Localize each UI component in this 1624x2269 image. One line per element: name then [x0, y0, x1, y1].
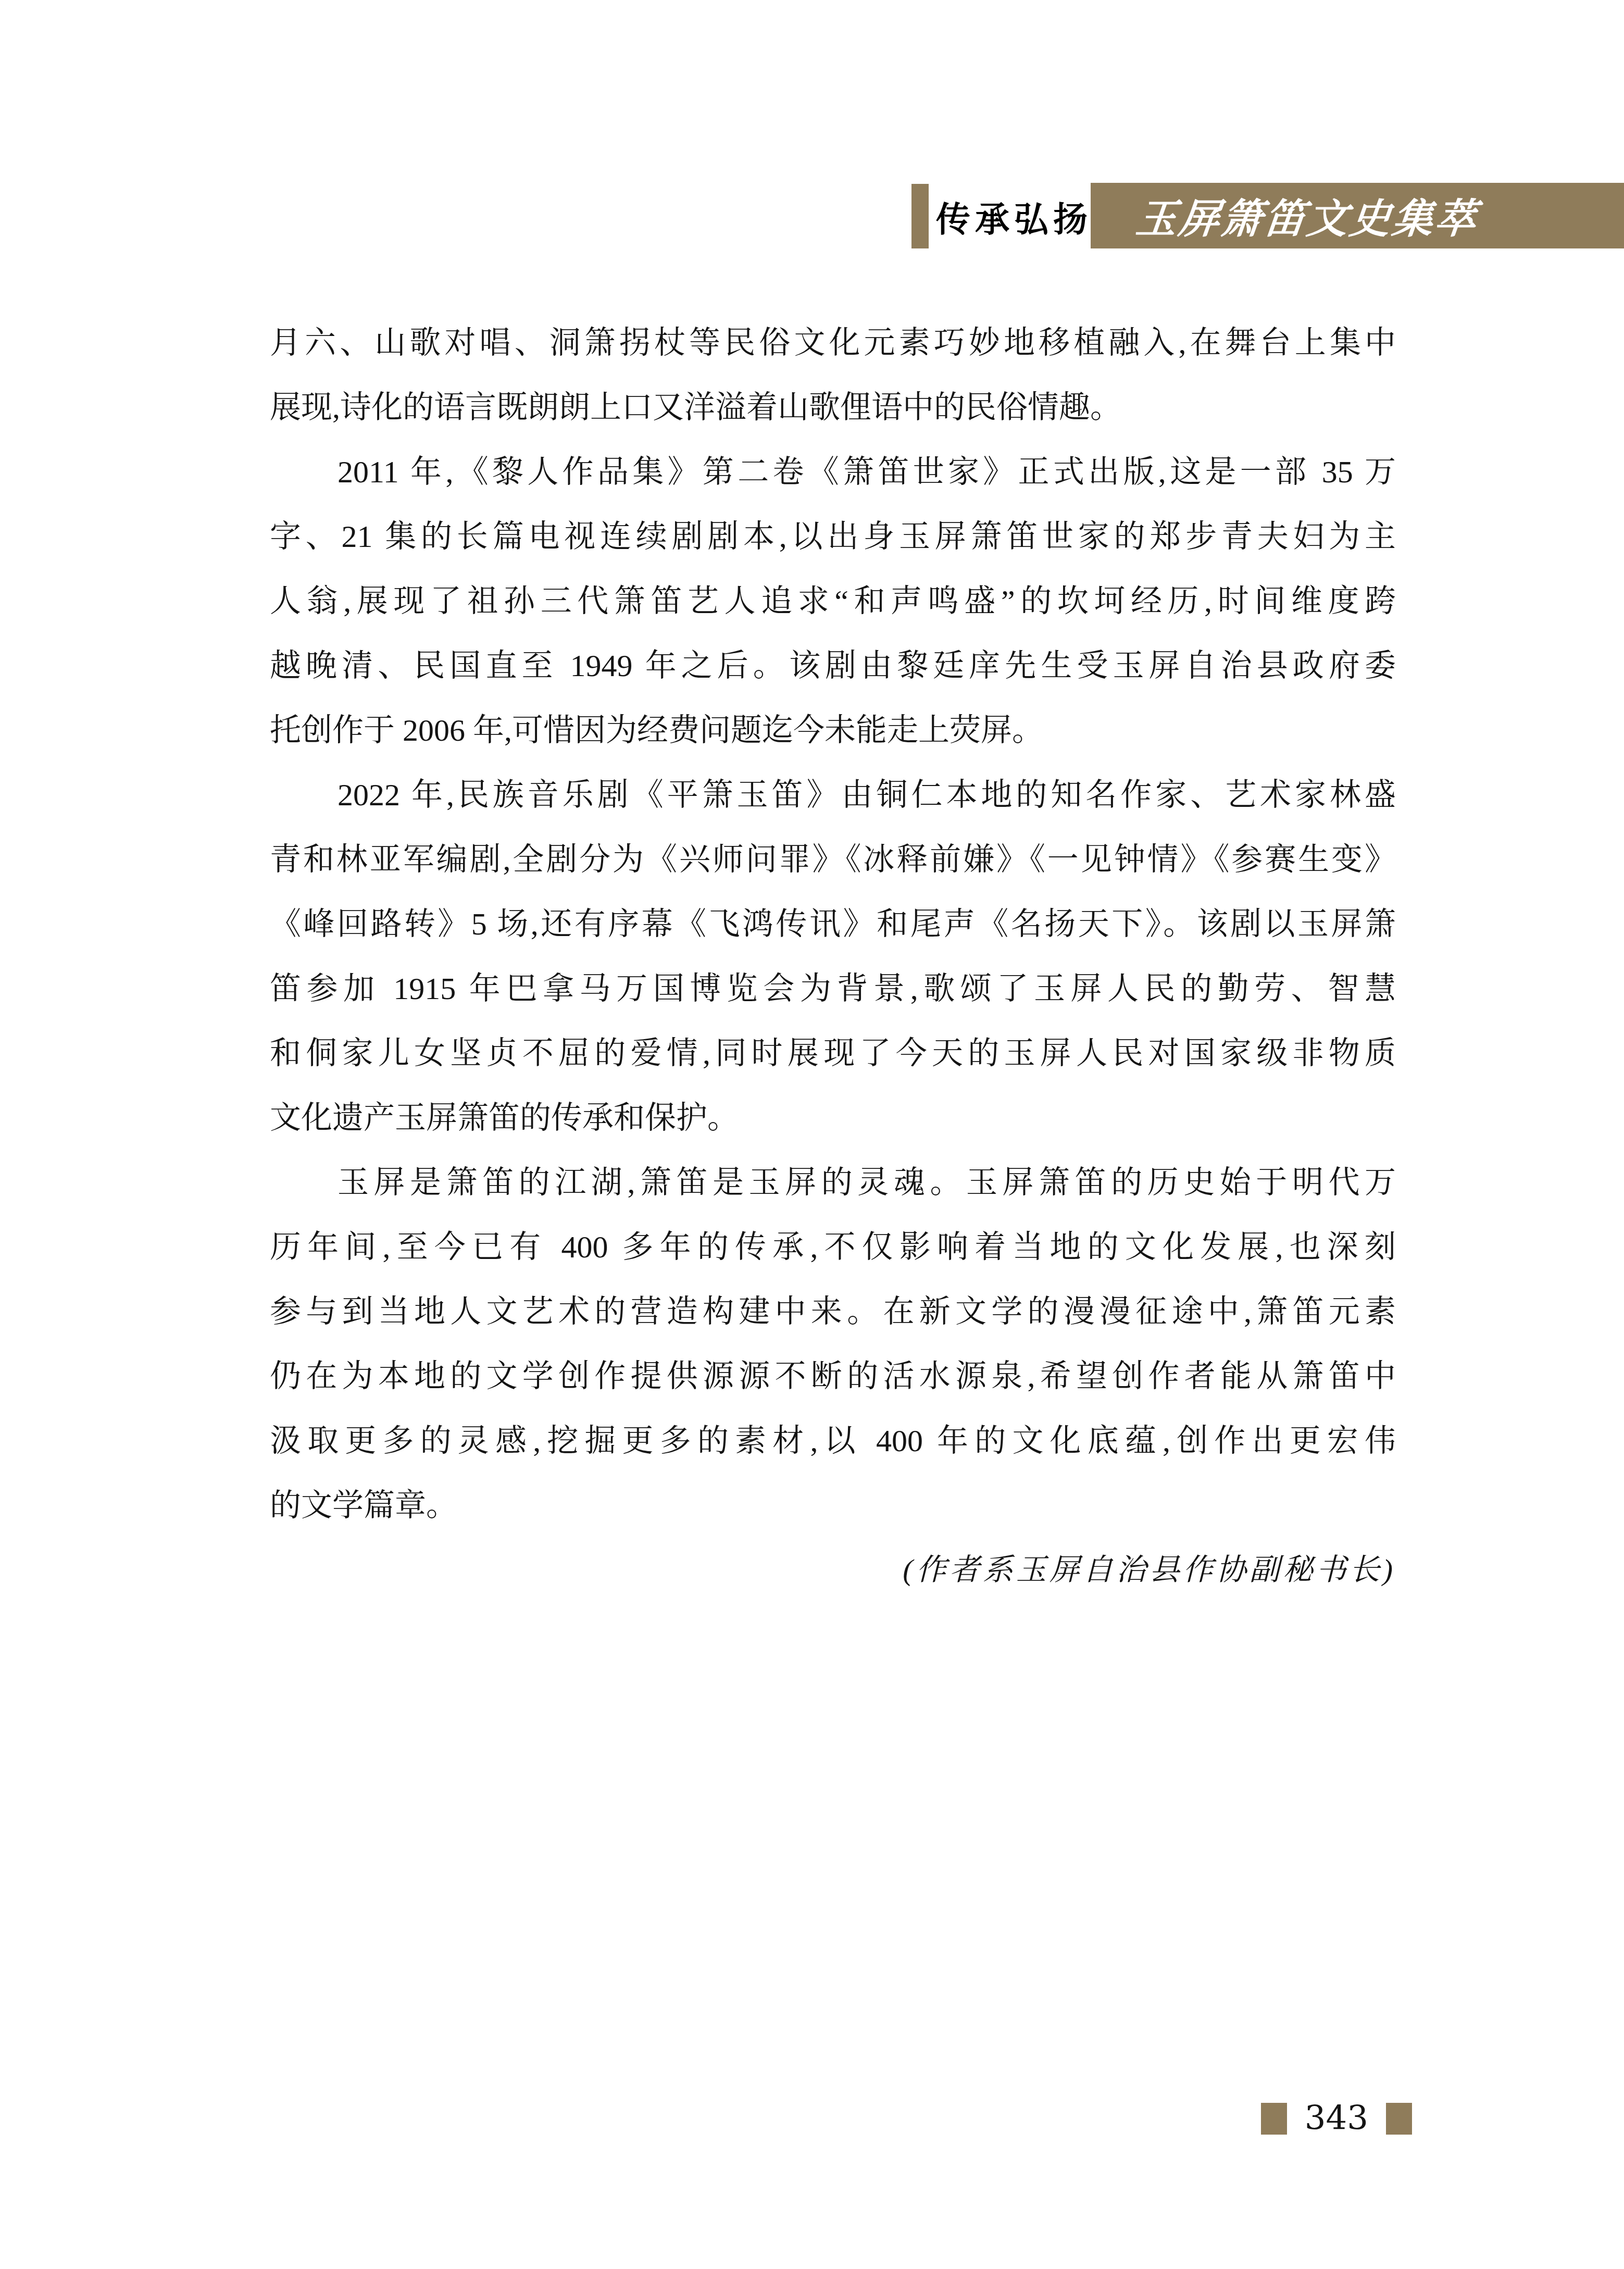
page-footer: 343: [1261, 2103, 1412, 2135]
body-line: 和侗家儿女坚贞不屈的爱情,同时展现了今天的玉屏人民对国家级非物质: [270, 1021, 1396, 1086]
body-line: 笛参加 1915 年巴拿马万国博览会为背景,歌颂了玉屏人民的勤劳、智慧: [270, 956, 1396, 1021]
header-accent-bar: [911, 184, 929, 248]
page-number: 343: [1305, 2103, 1368, 2135]
body-line: 托创作于 2006 年,可惜因为经费问题迄今未能走上荧屏。: [270, 698, 1396, 763]
header-banner-title: 玉屏箫笛文史集萃: [1133, 186, 1481, 245]
book-page: 传承弘扬 玉屏箫笛文史集萃 月六、山歌对唱、洞箫拐杖等民俗文化元素巧妙地移植融入…: [0, 0, 1624, 2269]
body-line: 月六、山歌对唱、洞箫拐杖等民俗文化元素巧妙地移植融入,在舞台上集中: [270, 310, 1396, 375]
author-attribution: (作者系玉屏自治县作协副秘书长): [270, 1538, 1396, 1602]
body-line: 玉屏是箫笛的江湖,箫笛是玉屏的灵魂。玉屏箫笛的历史始于明代万: [270, 1150, 1396, 1215]
body-line: 字、21 集的长篇电视连续剧剧本,以出身玉屏箫笛世家的郑步青夫妇为主: [270, 504, 1396, 569]
folio-marker-left: [1261, 2103, 1287, 2135]
body-lines: 月六、山歌对唱、洞箫拐杖等民俗文化元素巧妙地移植融入,在舞台上集中展现,诗化的语…: [270, 310, 1396, 1538]
body-line: 人翁,展现了祖孙三代箫笛艺人追求“和声鸣盛”的坎坷经历,时间维度跨: [270, 569, 1396, 633]
body-text: 月六、山歌对唱、洞箫拐杖等民俗文化元素巧妙地移植融入,在舞台上集中展现,诗化的语…: [270, 310, 1396, 1602]
header-section-title: 传承弘扬: [936, 184, 1092, 248]
body-line: 历年间,至今已有 400 多年的传承,不仅影响着当地的文化发展,也深刻: [270, 1215, 1396, 1279]
body-line: 越晚清、民国直至 1949 年之后。该剧由黎廷庠先生受玉屏自治县政府委: [270, 633, 1396, 698]
body-line: 参与到当地人文艺术的营造构建中来。在新文学的漫漫征途中,箫笛元素: [270, 1279, 1396, 1344]
body-line: 仍在为本地的文学创作提供源源不断的活水源泉,希望创作者能从箫笛中: [270, 1344, 1396, 1408]
body-line: 2022 年,民族音乐剧《平箫玉笛》由铜仁本地的知名作家、艺术家林盛: [270, 763, 1396, 827]
body-line: 2011 年,《黎人作品集》第二卷《箫笛世家》正式出版,这是一部 35 万: [270, 440, 1396, 504]
body-line: 文化遗产玉屏箫笛的传承和保护。: [270, 1086, 1396, 1150]
body-line: 展现,诗化的语言既朗朗上口又洋溢着山歌俚语中的民俗情趣。: [270, 375, 1396, 440]
body-line: 《峰回路转》5 场,还有序幕《飞鸿传讯》和尾声《名扬天下》。该剧以玉屏箫: [270, 892, 1396, 956]
folio-marker-right: [1386, 2103, 1412, 2135]
body-line: 汲取更多的灵感,挖掘更多的素材,以 400 年的文化底蕴,创作出更宏伟: [270, 1408, 1396, 1473]
body-line: 的文学篇章。: [270, 1473, 1396, 1538]
body-line: 青和林亚军编剧,全剧分为《兴师问罪》《冰释前嫌》《一见钟情》《参赛生变》: [270, 827, 1396, 892]
header-banner: 玉屏箫笛文史集萃: [1091, 183, 1624, 248]
